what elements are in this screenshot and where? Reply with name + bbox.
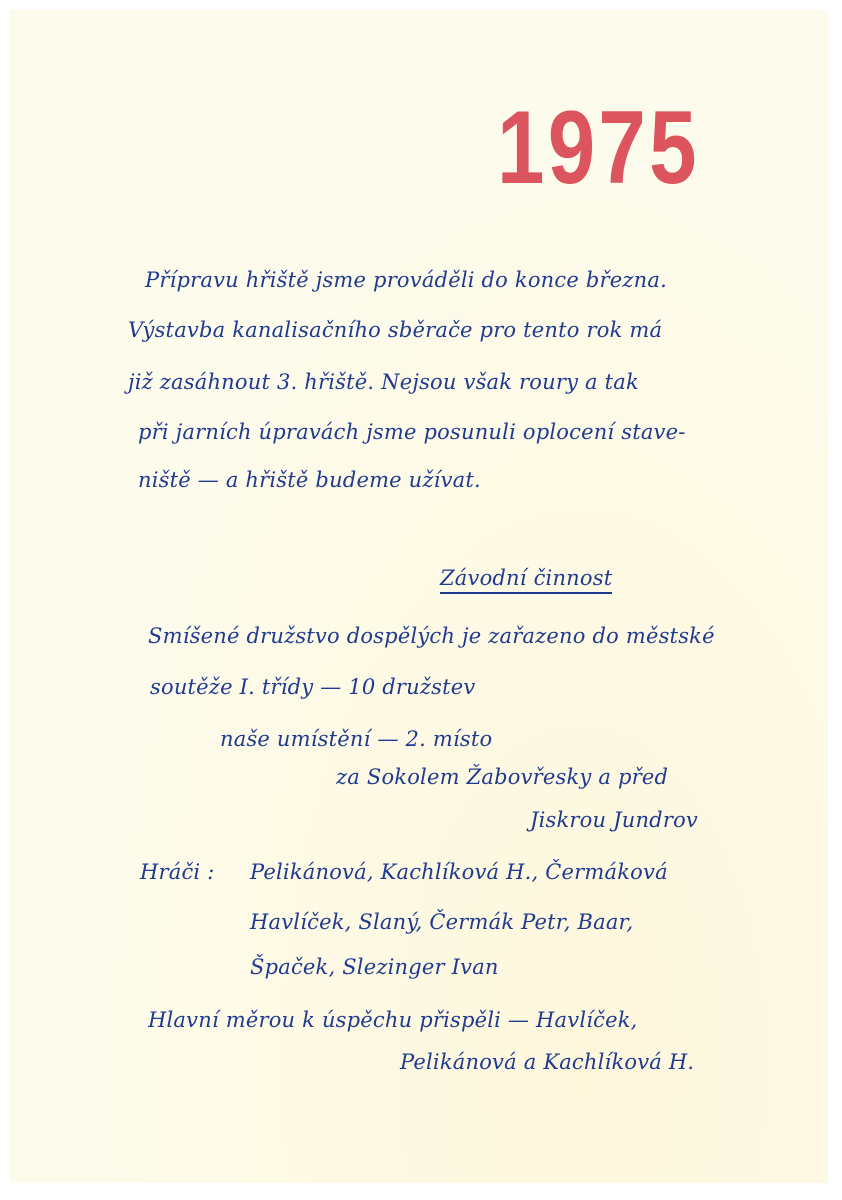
text-line: Přípravu hřiště jsme prováděli do konce …: [145, 268, 667, 292]
text-line: Pelikánová a Kachlíková H.: [400, 1050, 694, 1074]
text-line: Výstavba kanalisačního sběrače pro tento…: [128, 318, 662, 342]
players-line: Havlíček, Slaný, Čermák Petr, Baar,: [250, 910, 633, 934]
players-label: Hráči :: [140, 860, 215, 884]
text-line: již zasáhnout 3. hřiště. Nejsou však rou…: [128, 370, 639, 394]
text-line: Smíšené družstvo dospělých je zařazeno d…: [148, 624, 715, 648]
text-line: za Sokolem Žabovřesky a před: [336, 765, 668, 789]
players-line: Pelikánová, Kachlíková H., Čermáková: [250, 860, 668, 884]
year-stamp: 1975: [497, 96, 700, 200]
text-line: Jiskrou Jundrov: [530, 808, 698, 832]
text-line: niště — a hřiště budeme užívat.: [138, 468, 481, 492]
players-line: Špaček, Slezinger Ivan: [250, 955, 499, 979]
text-line: soutěže I. třídy — 10 družstev: [150, 675, 475, 699]
section-heading: Závodní činnost: [440, 566, 612, 594]
text-line: Hlavní měrou k úspěchu přispěli — Havlíč…: [148, 1008, 638, 1032]
text-line: při jarních úpravách jsme posunuli oploc…: [138, 420, 686, 444]
text-line: naše umístění — 2. místo: [220, 727, 492, 751]
